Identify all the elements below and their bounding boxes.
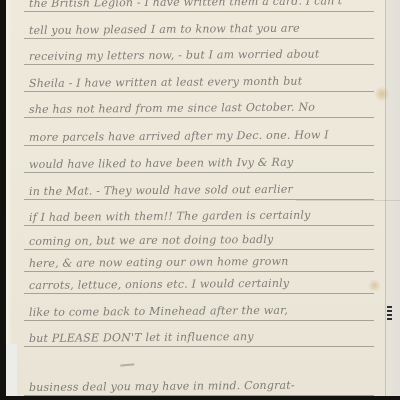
letter-line-text: more parcels have arrived after my Dec. … [29,128,329,144]
letter-line: here, & are now eating our own home grow… [24,251,374,272]
letter-line-text: like to come back to Minehead after the … [29,304,288,319]
scanned-letter: the British Legion - I have written them… [0,0,400,400]
ink-smudge-mark [387,306,392,321]
paper-crease [296,200,400,201]
letter-line-text: in the Mat. - They would have sold out e… [29,183,293,198]
letter-line: but PLEASE DON'T let it influence any [24,326,374,347]
letter-line-text: would have liked to have been with Ivy &… [29,156,294,171]
letter-line: more parcels have arrived after my Dec. … [24,125,374,146]
letter-line: receiving my letters now, - but I am wor… [24,44,374,65]
letter-line-text: carrots, lettuce, onions etc. I would ce… [29,277,289,292]
underlying-page-edge [6,344,17,396]
letter-line: like to come back to Minehead after the … [24,300,374,321]
letter-line-text: the British Legion - I have written them… [29,0,343,10]
letter-line: in the Mat. - They would have sold out e… [24,179,374,200]
stain-mark [374,86,390,102]
letter-line-text: she has not heard from me since last Oct… [29,101,315,116]
letter-line-text: receiving my letters now, - but I am wor… [29,47,320,63]
letter-line: coming on, but we are not doing too badl… [24,229,374,250]
paper-right-edge [385,0,400,396]
letter-line: would have liked to have been with Ivy &… [24,152,374,173]
letter-line: she has not heard from me since last Oct… [24,97,374,118]
letter-line: tell you how pleased I am to know that y… [24,18,374,39]
letter-line-text: Sheila - I have written at least every m… [29,75,302,90]
letter-page: the British Legion - I have written them… [6,0,400,396]
letter-line: Sheila - I have written at least every m… [24,71,374,92]
letter-line: the British Legion - I have written them… [24,0,374,12]
letter-line-text: business deal you may have in mind. Cong… [29,379,295,394]
letter-line: carrots, lettuce, onions etc. I would ce… [24,273,374,294]
letter-line-text: coming on, but we are not doing too badl… [29,233,274,248]
letter-line-text: if I had been with them!! The garden is … [29,209,311,224]
pencil-dash-mark [120,355,135,366]
paper-left-edge-highlight [6,0,12,396]
letter-line: if I had been with them!! The garden is … [24,205,374,226]
letter-closing-line: business deal you may have in mind. Cong… [24,374,374,396]
letter-line-text: tell you how pleased I am to know that y… [29,22,300,37]
letter-line-text: here, & are now eating our own home grow… [29,255,289,270]
letter-line-text: but PLEASE DON'T let it influence any [29,330,254,345]
